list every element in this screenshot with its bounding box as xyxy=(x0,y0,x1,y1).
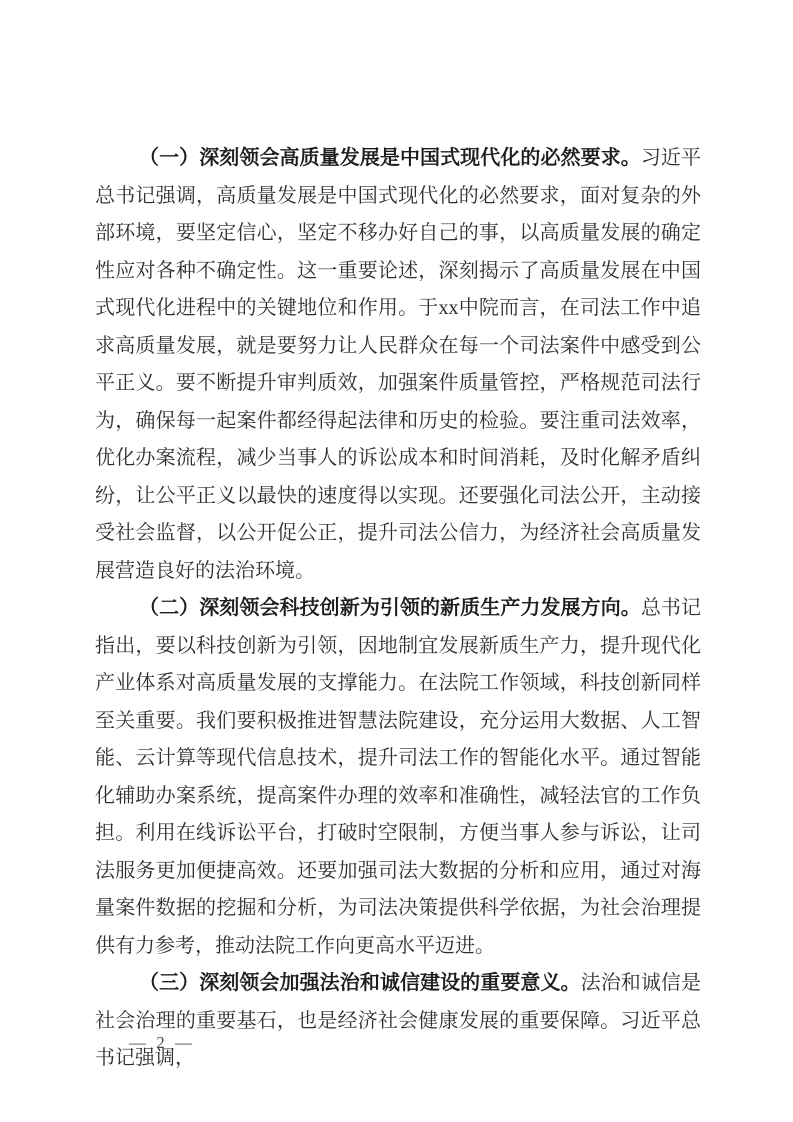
paragraph-1: （一）深刻领会高质量发展是中国式现代化的必然要求。习近平总书记强调，高质量发展是… xyxy=(95,140,701,590)
paragraph-3: （三）深刻领会加强法治和诚信建设的重要意义。法治和诚信是社会治理的重要基石，也是… xyxy=(95,965,701,1078)
paragraph-2-heading: （二）深刻领会科技创新为引领的新质生产力发展方向。 xyxy=(139,597,641,619)
paragraph-1-heading: （一）深刻领会高质量发展是中国式现代化的必然要求。 xyxy=(139,147,641,169)
paragraph-3-heading: （三）深刻领会加强法治和诚信建设的重要意义。 xyxy=(139,972,581,994)
paragraph-1-body: 习近平总书记强调，高质量发展是中国式现代化的必然要求，面对复杂的外部环境，要坚定… xyxy=(95,147,701,582)
paragraph-2: （二）深刻领会科技创新为引领的新质生产力发展方向。总书记指出，要以科技创新为引领… xyxy=(95,590,701,965)
page-number: — 2 — xyxy=(129,1032,195,1054)
document-text-block: （一）深刻领会高质量发展是中国式现代化的必然要求。习近平总书记强调，高质量发展是… xyxy=(95,140,701,1078)
document-page: （一）深刻领会高质量发展是中国式现代化的必然要求。习近平总书记强调，高质量发展是… xyxy=(0,0,793,1122)
paragraph-2-body: 总书记指出，要以科技创新为引领，因地制宜发展新质生产力，提升现代化产业体系对高质… xyxy=(95,597,701,957)
